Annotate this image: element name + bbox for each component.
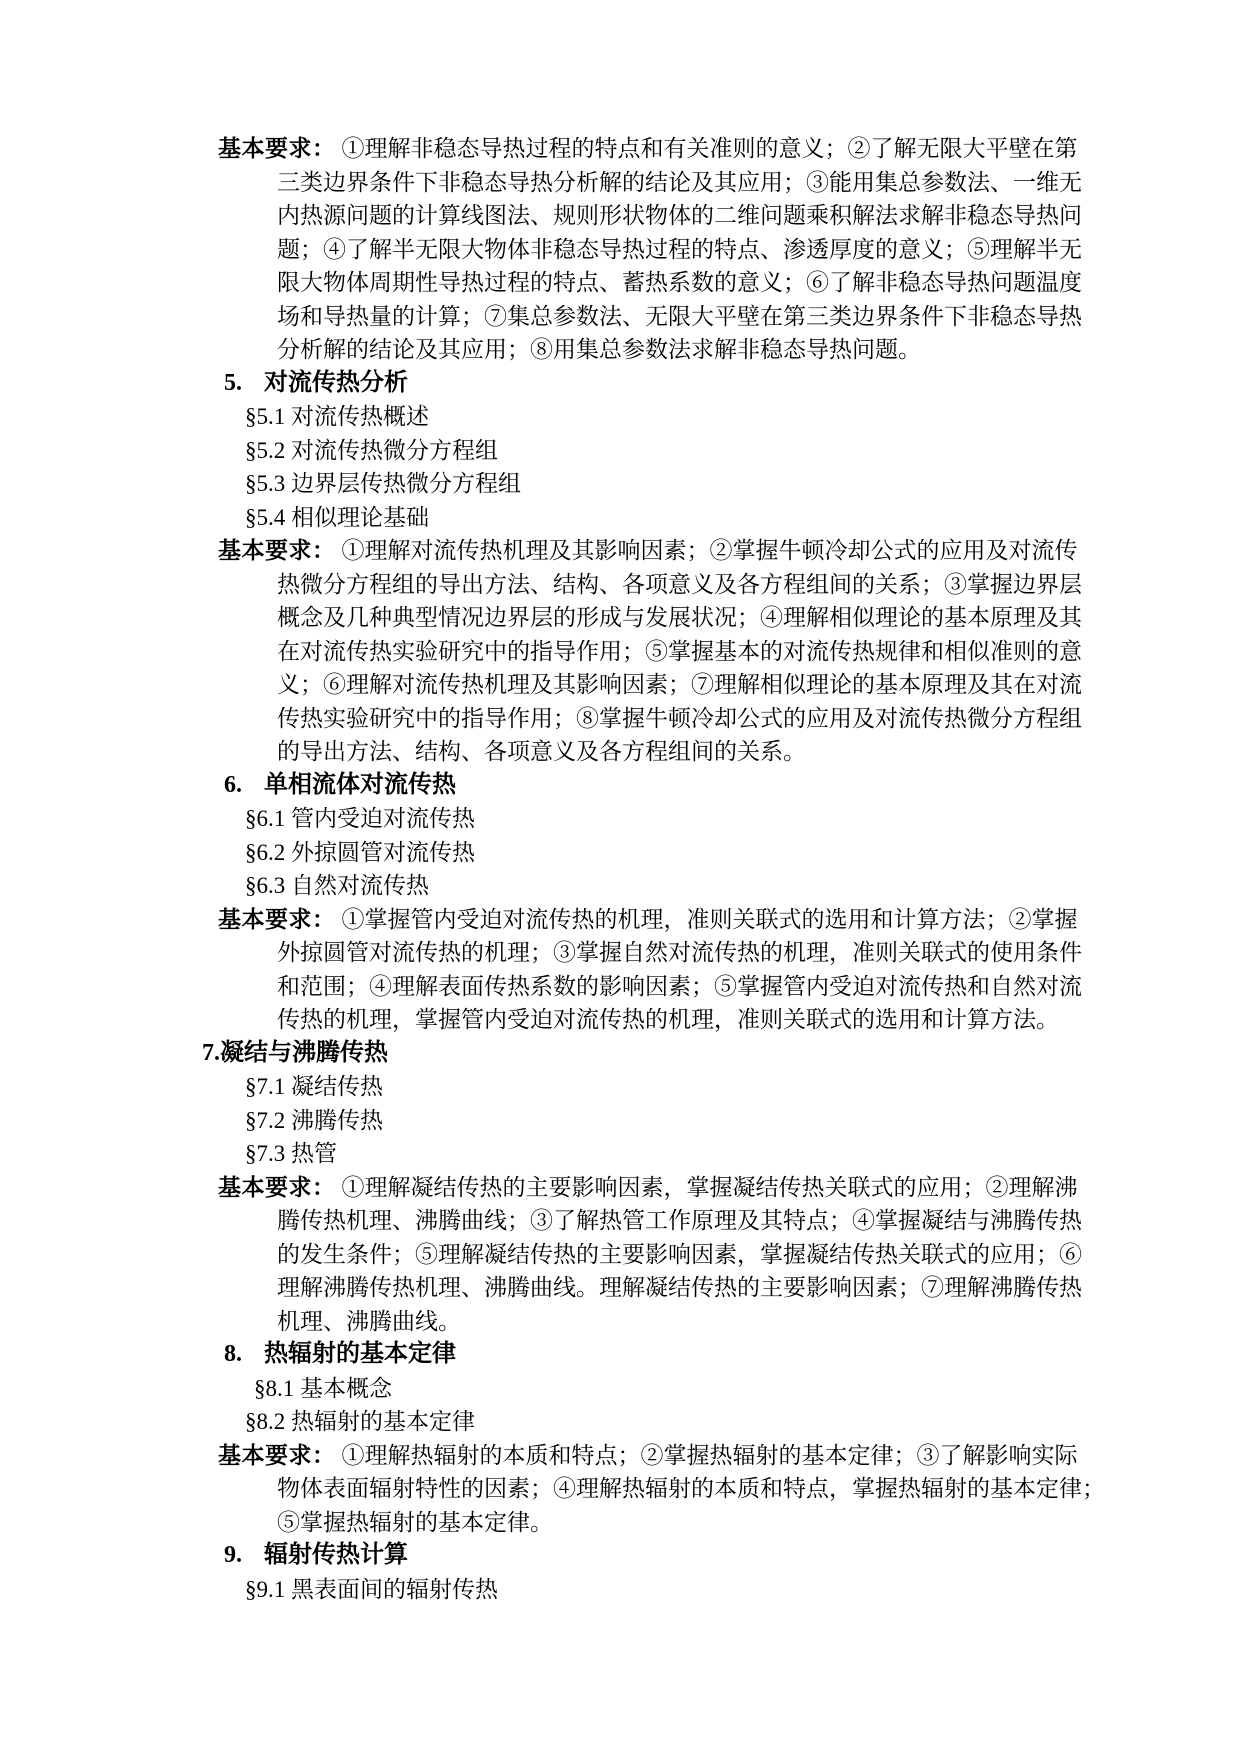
section-number: 5.: [224, 367, 264, 401]
section-number: 6.: [224, 769, 264, 803]
subsection-item: §6.1 管内受迫对流传热: [245, 802, 1100, 836]
section-title: 热辐射的基本定律: [264, 1341, 456, 1367]
document-page: 基本要求：①理解非稳态导热过程的特点和有关准则的意义；②了解无限大平壁在第三类边…: [0, 0, 1240, 1754]
subsection-item: §8.2 热辐射的基本定律: [245, 1405, 1100, 1439]
section-title: 对流传热分析: [264, 370, 408, 396]
requirement-line: 题；④了解半无限大物体非稳态导热过程的特点、渗透厚度的意义；⑤理解半无: [277, 233, 1100, 267]
requirements-paragraph: 基本要求：①理解非稳态导热过程的特点和有关准则的意义；②了解无限大平壁在第三类边…: [218, 132, 1100, 367]
requirement-line: 基本要求：①掌握管内受迫对流传热的机理，准则关联式的选用和计算方法；②掌握: [218, 903, 1100, 937]
section-number: 9.: [224, 1539, 264, 1573]
requirement-text: ①理解热辐射的本质和特点；②掌握热辐射的基本定律；③了解影响实际: [342, 1443, 1078, 1468]
requirement-line: 场和导热量的计算；⑦集总参数法、无限大平壁在第三类边界条件下非稳态导热: [277, 300, 1100, 334]
requirements-label: 基本要求：: [218, 907, 342, 932]
requirement-line: 义；⑥理解对流传热机理及其影响因素；⑦理解相似理论的基本原理及其在对流: [277, 668, 1100, 702]
subsection-item: §6.2 外掠圆管对流传热: [245, 836, 1100, 870]
requirements-label: 基本要求：: [218, 1443, 342, 1468]
requirement-line: 物体表面辐射特性的因素；④理解热辐射的本质和特点，掌握热辐射的基本定律；: [277, 1472, 1100, 1506]
requirement-line: ⑤掌握热辐射的基本定律。: [277, 1506, 1100, 1540]
section-heading: 7.凝结与沸腾传热: [202, 1037, 1100, 1071]
section-number: 7.: [202, 1037, 220, 1071]
section-title: 单相流体对流传热: [264, 772, 456, 798]
subsection-item: §7.1 凝结传热: [245, 1070, 1100, 1104]
document-content: 基本要求：①理解非稳态导热过程的特点和有关准则的意义；②了解无限大平壁在第三类边…: [218, 132, 1100, 1606]
requirements-paragraph: 基本要求：①理解对流传热机理及其影响因素；②掌握牛顿冷却公式的应用及对流传热微分…: [218, 534, 1100, 769]
requirement-line: 分析解的结论及其应用；⑧用集总参数法求解非稳态导热问题。: [277, 333, 1100, 367]
subsection-item: §8.1 基本概念: [254, 1372, 1100, 1406]
requirement-text: ①理解非稳态导热过程的特点和有关准则的意义；②了解无限大平壁在第: [342, 136, 1078, 161]
requirement-line: 在对流传热实验研究中的指导作用；⑤掌握基本的对流传热规律和相似准则的意: [277, 635, 1100, 669]
requirement-line: 的导出方法、结构、各项意义及各方程组间的关系。: [277, 735, 1100, 769]
subsection-item: §7.2 沸腾传热: [245, 1104, 1100, 1138]
requirement-text: ①理解对流传热机理及其影响因素；②掌握牛顿冷却公式的应用及对流传: [342, 538, 1078, 563]
requirements-label: 基本要求：: [218, 538, 342, 563]
requirements-label: 基本要求：: [218, 1175, 342, 1200]
requirement-line: 外掠圆管对流传热的机理；③掌握自然对流传热的机理，准则关联式的使用条件: [277, 936, 1100, 970]
section-heading: 6.单相流体对流传热: [224, 769, 1100, 803]
requirement-line: 概念及几种典型情况边界层的形成与发展状况；④理解相似理论的基本原理及其: [277, 601, 1100, 635]
subsection-item: §6.3 自然对流传热: [245, 869, 1100, 903]
requirement-line: 限大物体周期性导热过程的特点、蓄热系数的意义；⑥了解非稳态导热问题温度: [277, 266, 1100, 300]
requirement-line: 基本要求：①理解热辐射的本质和特点；②掌握热辐射的基本定律；③了解影响实际: [218, 1439, 1100, 1473]
requirement-line: 的发生条件；⑤理解凝结传热的主要影响因素，掌握凝结传热关联式的应用；⑥: [277, 1238, 1100, 1272]
requirement-line: 内热源问题的计算线图法、规则形状物体的二维问题乘积解法求解非稳态导热问: [277, 199, 1100, 233]
requirement-line: 三类边界条件下非稳态导热分析解的结论及其应用；③能用集总参数法、一维无: [277, 166, 1100, 200]
requirement-line: 热微分方程组的导出方法、结构、各项意义及各方程组间的关系；③掌握边界层: [277, 568, 1100, 602]
section-number: 8.: [224, 1338, 264, 1372]
requirements-paragraph: 基本要求：①理解热辐射的本质和特点；②掌握热辐射的基本定律；③了解影响实际物体表…: [218, 1439, 1100, 1540]
section-heading: 8.热辐射的基本定律: [224, 1338, 1100, 1372]
requirement-line: 和范围；④理解表面传热系数的影响因素；⑤掌握管内受迫对流传热和自然对流: [277, 970, 1100, 1004]
subsection-item: §5.4 相似理论基础: [245, 501, 1100, 535]
requirement-line: 基本要求：①理解凝结传热的主要影响因素，掌握凝结传热关联式的应用；②理解沸: [218, 1171, 1100, 1205]
subsection-item: §5.2 对流传热微分方程组: [245, 434, 1100, 468]
requirements-paragraph: 基本要求：①理解凝结传热的主要影响因素，掌握凝结传热关联式的应用；②理解沸腾传热…: [218, 1171, 1100, 1339]
subsection-item: §7.3 热管: [245, 1137, 1100, 1171]
section-title: 辐射传热计算: [264, 1542, 408, 1568]
section-title: 凝结与沸腾传热: [220, 1040, 388, 1066]
requirement-line: 基本要求：①理解非稳态导热过程的特点和有关准则的意义；②了解无限大平壁在第: [218, 132, 1100, 166]
subsection-item: §5.1 对流传热概述: [245, 400, 1100, 434]
requirement-text: ①掌握管内受迫对流传热的机理，准则关联式的选用和计算方法；②掌握: [342, 907, 1078, 932]
section-heading: 5.对流传热分析: [224, 367, 1100, 401]
requirement-text: ①理解凝结传热的主要影响因素，掌握凝结传热关联式的应用；②理解沸: [342, 1175, 1078, 1200]
requirements-paragraph: 基本要求：①掌握管内受迫对流传热的机理，准则关联式的选用和计算方法；②掌握外掠圆…: [218, 903, 1100, 1037]
subsection-item: §9.1 黑表面间的辐射传热: [245, 1573, 1100, 1607]
requirement-line: 传热的机理，掌握管内受迫对流传热的机理，准则关联式的选用和计算方法。: [277, 1003, 1100, 1037]
requirement-line: 机理、沸腾曲线。: [277, 1305, 1100, 1339]
requirement-line: 理解沸腾传热机理、沸腾曲线。理解凝结传热的主要影响因素；⑦理解沸腾传热: [277, 1271, 1100, 1305]
requirement-line: 传热实验研究中的指导作用；⑧掌握牛顿冷却公式的应用及对流传热微分方程组: [277, 702, 1100, 736]
requirements-label: 基本要求：: [218, 136, 342, 161]
subsection-item: §5.3 边界层传热微分方程组: [245, 467, 1100, 501]
requirement-line: 腾传热机理、沸腾曲线；③了解热管工作原理及其特点；④掌握凝结与沸腾传热: [277, 1204, 1100, 1238]
requirement-line: 基本要求：①理解对流传热机理及其影响因素；②掌握牛顿冷却公式的应用及对流传: [218, 534, 1100, 568]
section-heading: 9.辐射传热计算: [224, 1539, 1100, 1573]
